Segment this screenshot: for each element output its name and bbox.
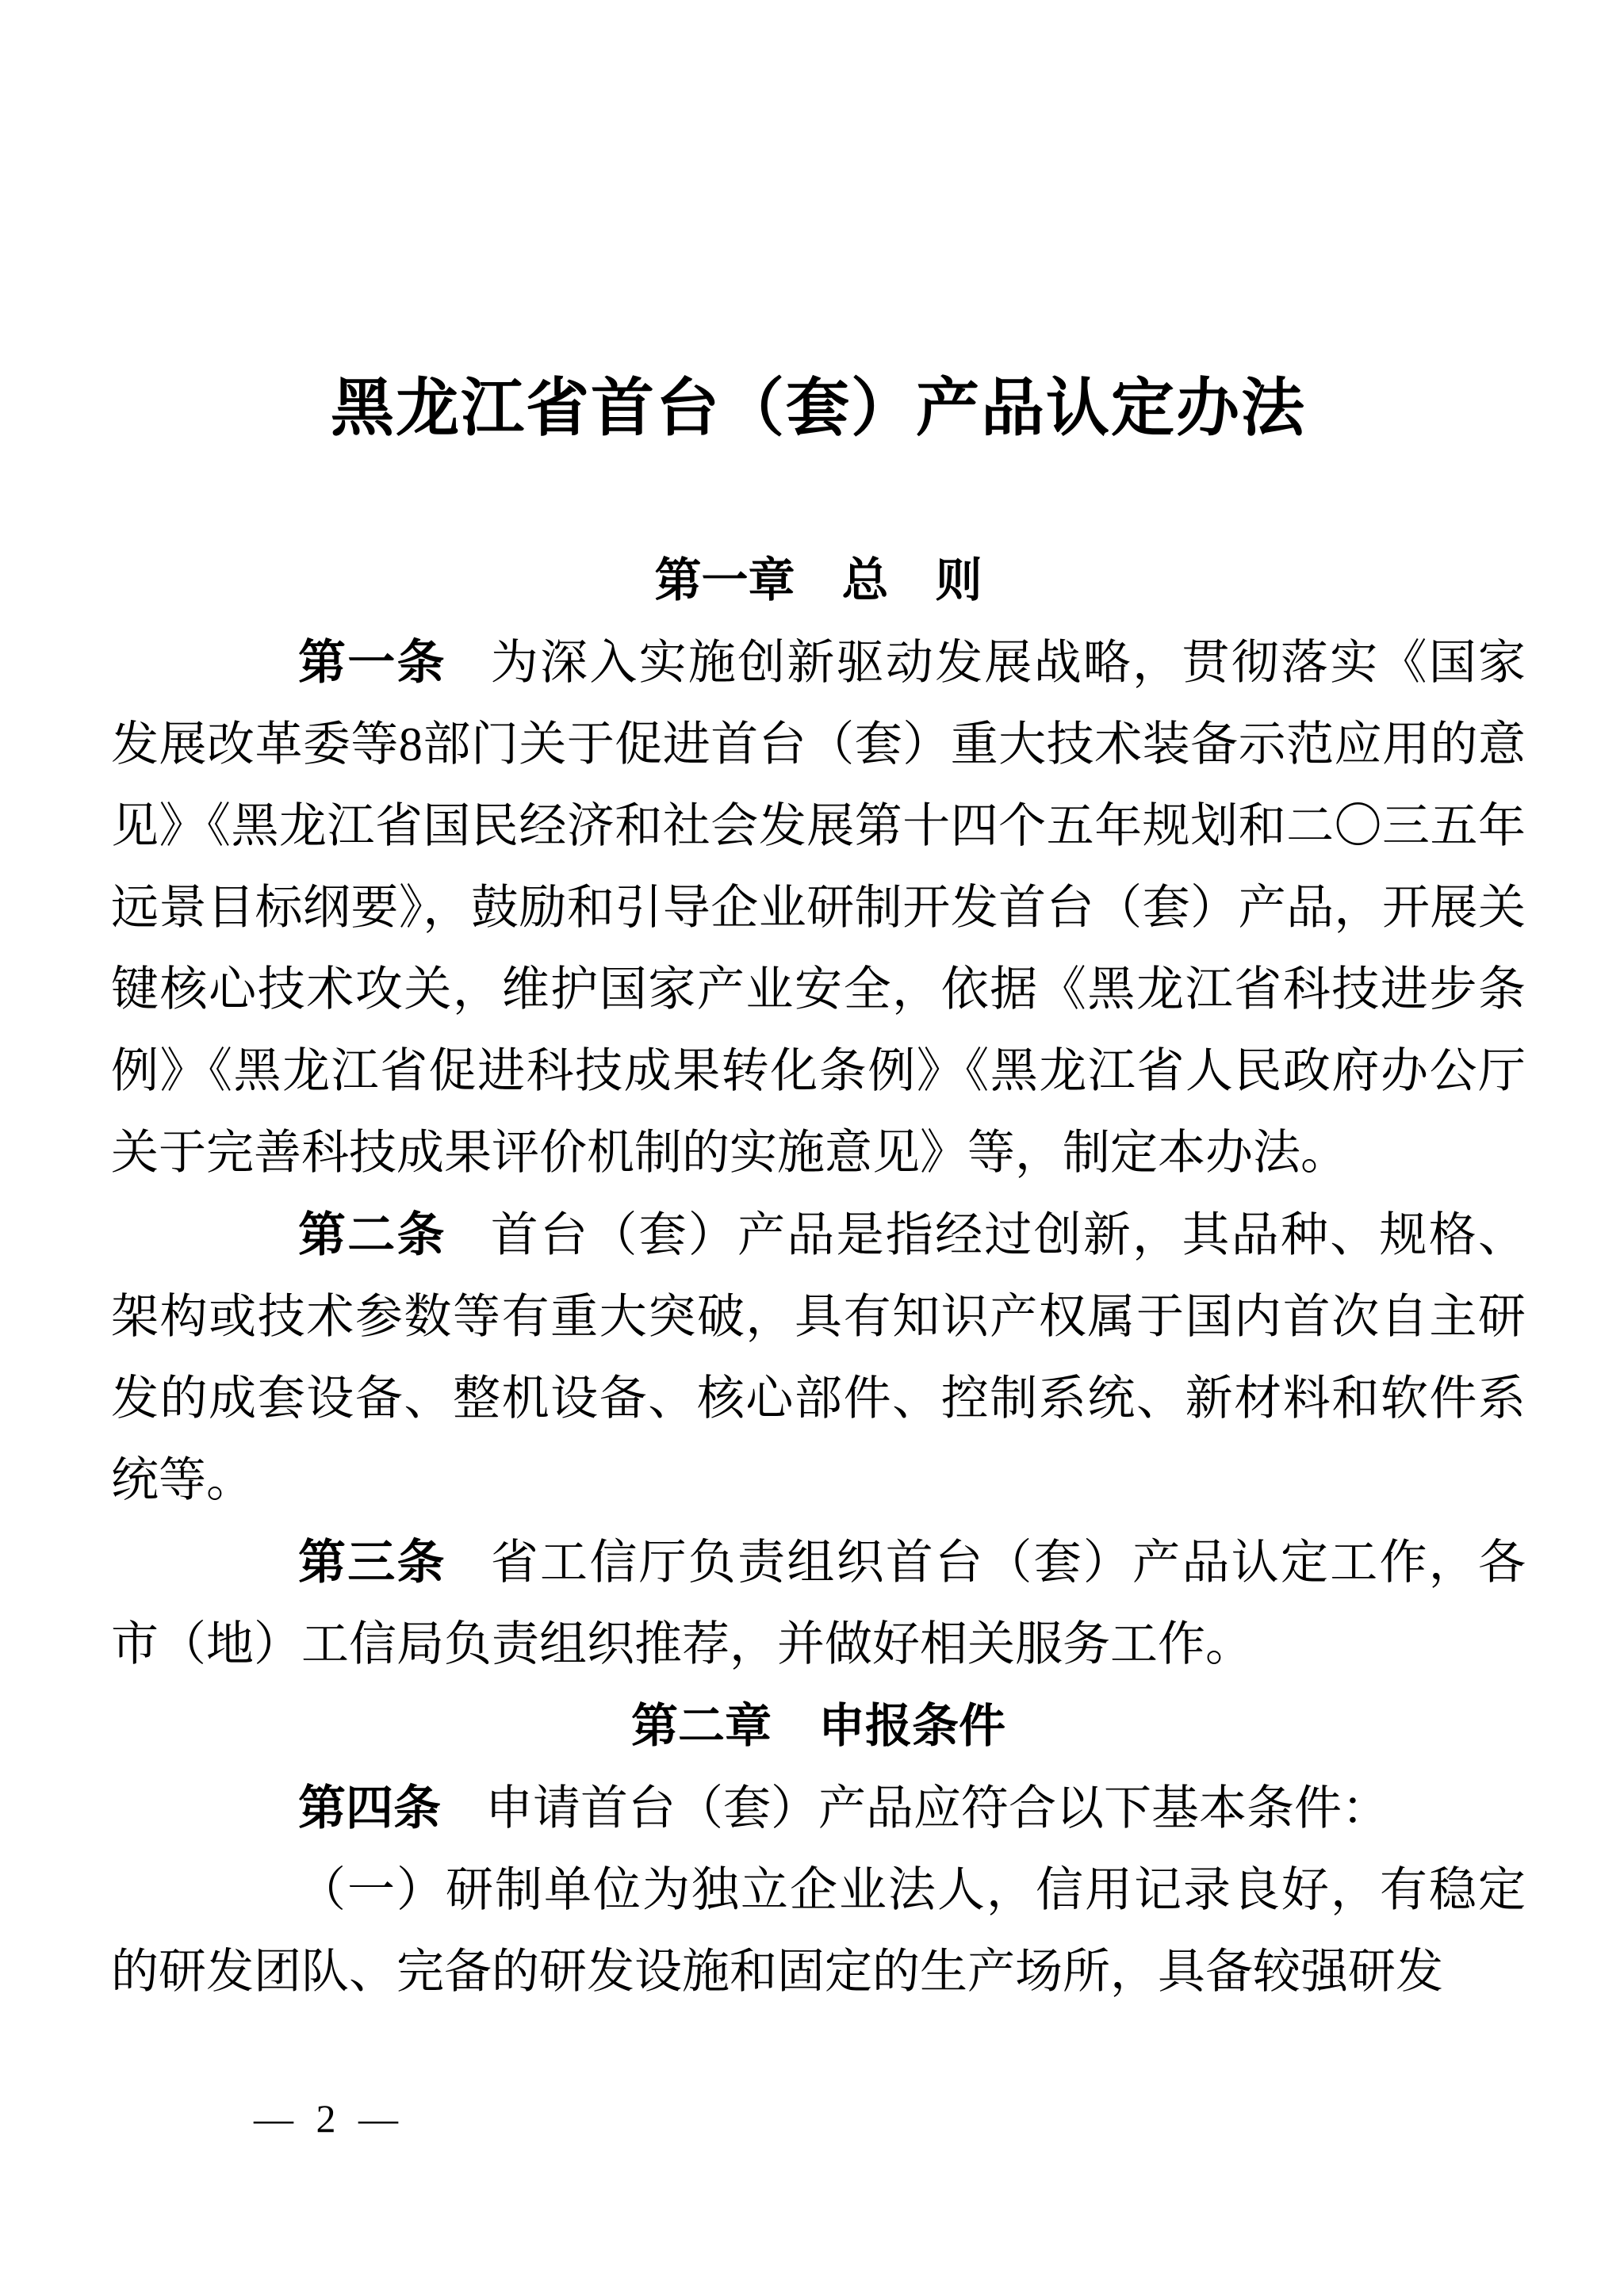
page-number: — 2 —	[254, 2095, 404, 2142]
article-1-label: 第一条	[298, 636, 446, 689]
article-3-label: 第三条	[298, 1536, 446, 1589]
chapter-1-heading: 第一章 总 则	[111, 540, 1526, 622]
article-4: 第四条申请首台（套）产品应符合以下基本条件：	[111, 1767, 1526, 1850]
article-1: 第一条为深入实施创新驱动发展战略，贯彻落实《国家发展改革委等8部门关于促进首台（…	[111, 622, 1526, 1194]
document-title: 黑龙江省首台（套）产品认定办法	[111, 371, 1526, 447]
article-4-item-1-text: （一）研制单位为独立企业法人，信用记录良好，有稳定的研发团队、完备的研发设施和固…	[111, 1864, 1526, 1998]
article-4-text: 申请首台（套）产品应符合以下基本条件：	[485, 1782, 1389, 1835]
article-4-label: 第四条	[298, 1781, 441, 1835]
document-content: 黑龙江省首台（套）产品认定办法 第一章 总 则 第一条为深入实施创新驱动发展战略…	[111, 371, 1526, 2013]
article-1-text: 为深入实施创新驱动发展战略，贯彻落实《国家发展改革委等8部门关于促进首台（套）重…	[111, 637, 1526, 1179]
article-2-label: 第二条	[298, 1208, 446, 1261]
article-4-item-1: （一）研制单位为独立企业法人，信用记录良好，有稳定的研发团队、完备的研发设施和固…	[111, 1850, 1526, 2013]
article-3: 第三条省工信厅负责组织首台（套）产品认定工作，各市（地）工信局负责组织推荐，并做…	[111, 1521, 1526, 1686]
document-page: 黑龙江省首台（套）产品认定办法 第一章 总 则 第一条为深入实施创新驱动发展战略…	[0, 0, 1624, 2296]
chapter-2-heading: 第二章 申报条件	[111, 1686, 1526, 1767]
article-2: 第二条首台（套）产品是指经过创新，其品种、规格、架构或技术参数等有重大突破，具有…	[111, 1194, 1526, 1521]
